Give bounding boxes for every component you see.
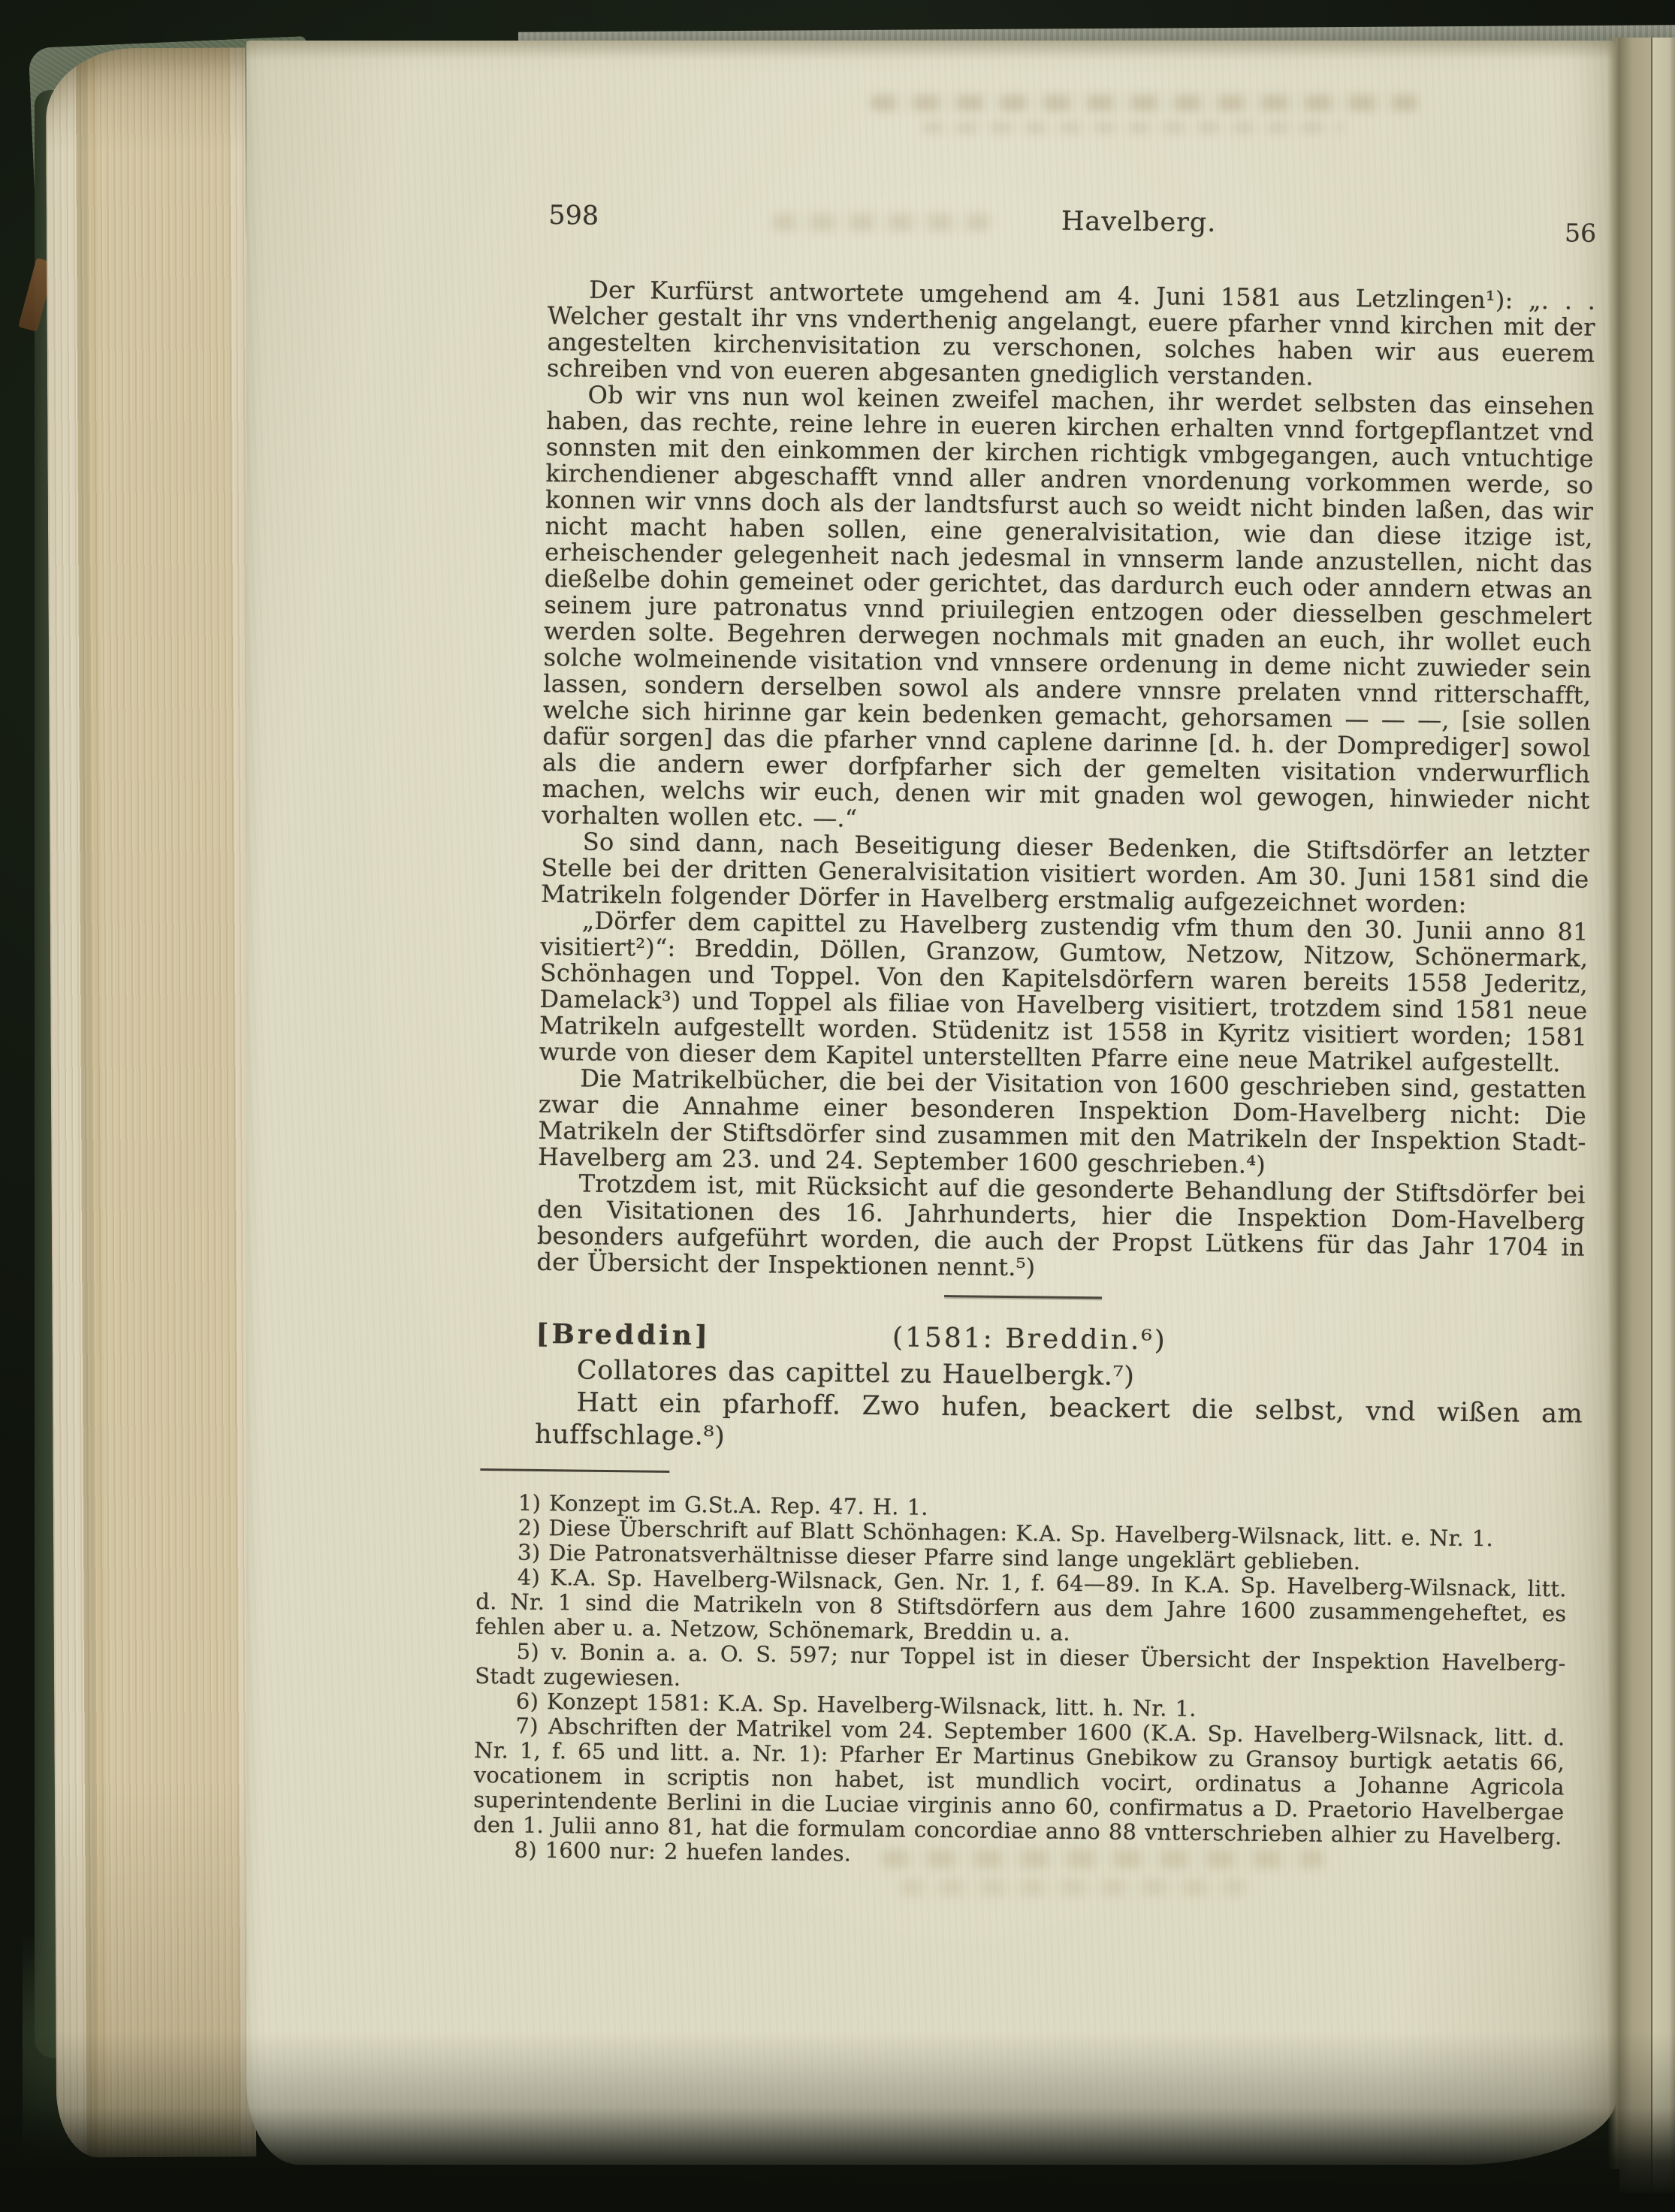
body-paragraph: Ob wir vns nun wol keinen zweifel machen… bbox=[542, 382, 1595, 840]
page-edge-stack bbox=[46, 47, 257, 2157]
book-page: 598 Havelberg. 56 Der Kurfürst antwortet… bbox=[246, 41, 1616, 2165]
body-paragraph: Die Matrikelbücher, die bei der Visitati… bbox=[538, 1065, 1586, 1182]
body-paragraph: „Dörfer dem capittel zu Havelberg zusten… bbox=[539, 907, 1589, 1077]
page-header: 598 Havelberg. 56 bbox=[548, 200, 1596, 243]
footnote-rule bbox=[480, 1468, 669, 1473]
footnotes-block: 1) Konzept im G.St.A. Rep. 47. H. 1. 2) … bbox=[472, 1490, 1568, 1874]
book-scan: 598 Havelberg. 56 Der Kurfürst antwortet… bbox=[0, 0, 1675, 2212]
page-content: 598 Havelberg. 56 Der Kurfürst antwortet… bbox=[530, 41, 1598, 1875]
entry-center-heading: (1581: Breddin.⁶) bbox=[536, 1317, 1523, 1363]
footnote: 4) K.A. Sp. Havelberg-Wilsnack, Gen. Nr.… bbox=[475, 1565, 1567, 1651]
sheet-number: 56 bbox=[1565, 217, 1596, 249]
running-title: Havelberg. bbox=[1061, 206, 1217, 239]
next-page-edge bbox=[1651, 38, 1675, 2193]
entry-paragraph: Hatt ein pfarhoff. Zwo hufen, beackert d… bbox=[535, 1387, 1583, 1463]
bleed-through-text bbox=[900, 1879, 1245, 1896]
page-gutter-shadow bbox=[1619, 38, 1651, 2193]
footnote: 7) Abschriften der Matrikel vom 24. Sept… bbox=[473, 1713, 1565, 1849]
body-paragraph: So sind dann, nach Beseitigung dieser Be… bbox=[541, 828, 1589, 919]
body-paragraph: Der Kurfürst antwortete umgehend am 4. J… bbox=[547, 276, 1595, 394]
section-divider bbox=[944, 1295, 1102, 1299]
page-number: 598 bbox=[548, 200, 599, 232]
body-paragraph: Trotzdem ist, mit Rücksicht auf die geso… bbox=[536, 1170, 1585, 1287]
